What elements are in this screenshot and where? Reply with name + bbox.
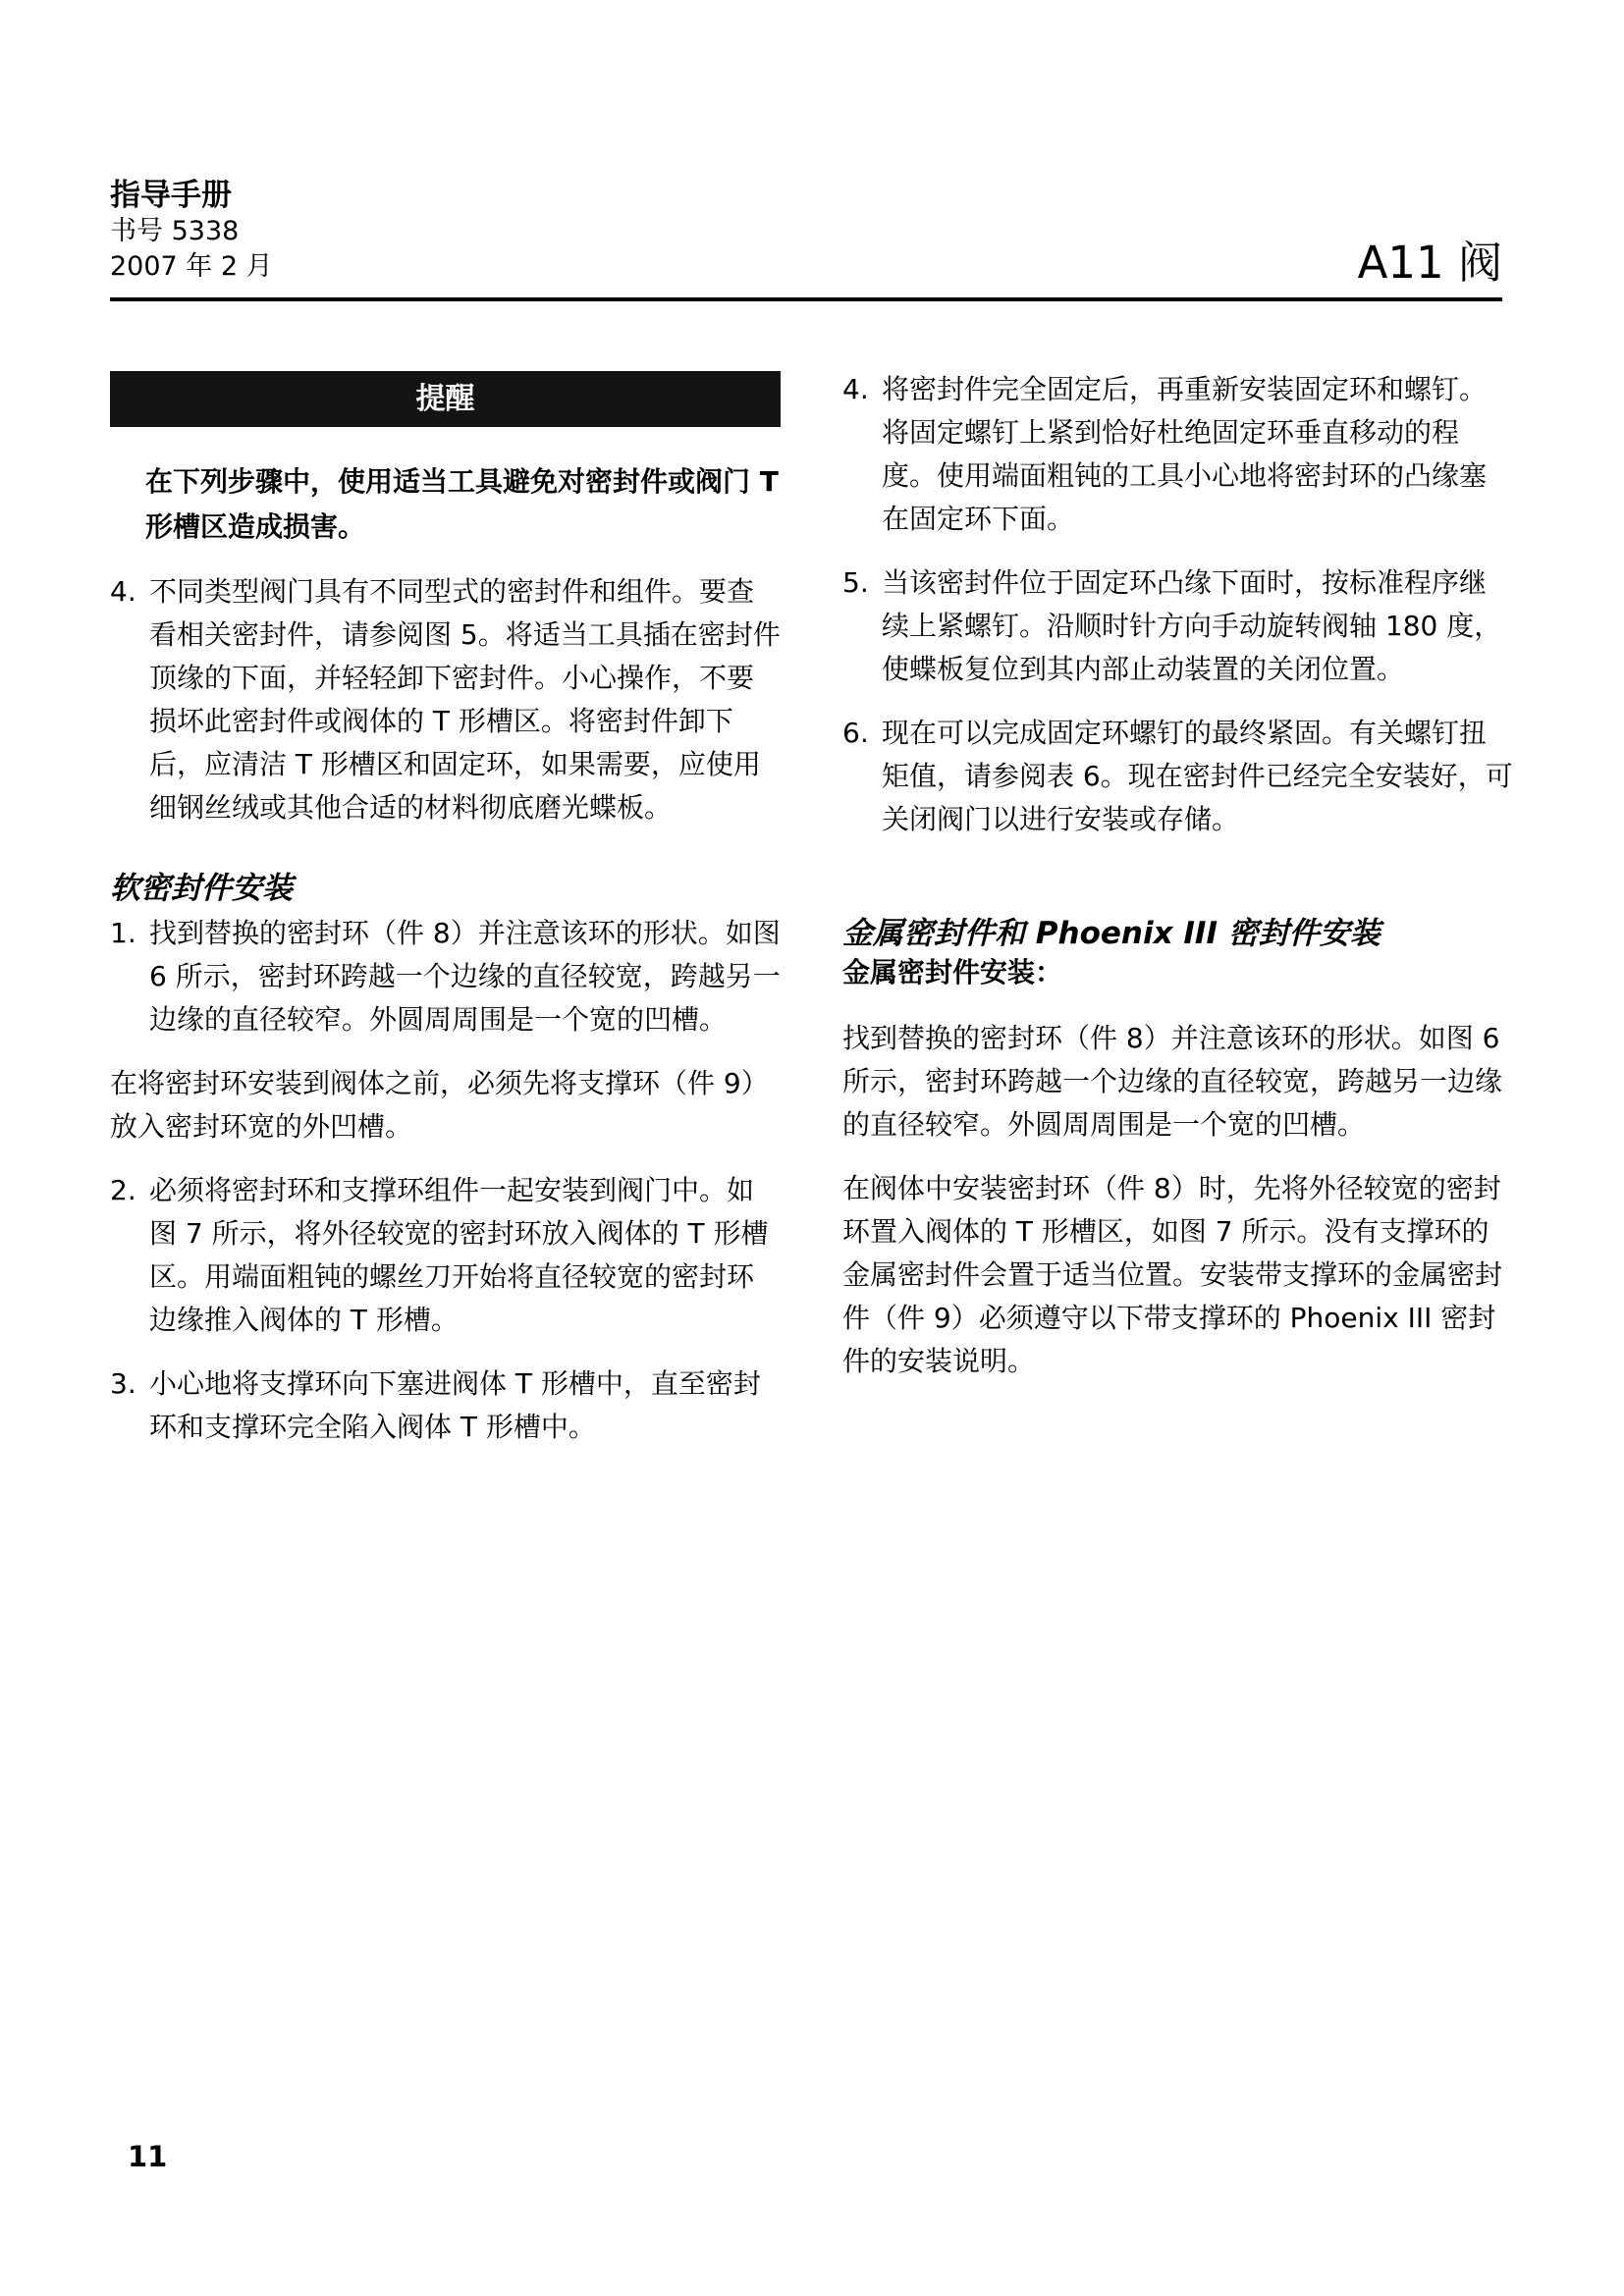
right-step-5: 5. 当该密封件位于固定环凸缘下面时，按标准程序继续上紧螺钉。沿顺时针方向手动旋… — [842, 561, 1513, 691]
header: 指导手册 书号 5338 2007 年 2 月 — [110, 177, 273, 285]
step-marker: 5. — [842, 561, 882, 691]
backup-ring-paragraph: 在将密封环安装到阀体之前，必须先将支撑环（件 9）放入密封环宽的外凹槽。 — [110, 1062, 781, 1148]
manual-page: { "header": { "manual_type": "指导手册", "fo… — [0, 0, 1624, 2296]
step-text: 将密封件完全固定后，再重新安装固定环和螺钉。将固定螺钉上紧到恰好杜绝固定环垂直移… — [882, 368, 1513, 541]
step-marker: 4. — [110, 570, 149, 829]
left-step-4: 4. 不同类型阀门具有不同型式的密封件和组件。要查看相关密封件，请参阅图 5。将… — [110, 570, 781, 829]
step-text: 必须将密封环和支撑环组件一起安装到阀门中。如图 7 所示，将外径较宽的密封环放入… — [149, 1169, 781, 1342]
manual-type-title: 指导手册 — [110, 177, 273, 214]
step-text: 现在可以完成固定环螺钉的最终紧固。有关螺钉扭矩值，请参阅表 6。现在密封件已经完… — [882, 712, 1513, 841]
right-step-6: 6. 现在可以完成固定环螺钉的最终紧固。有关螺钉扭矩值，请参阅表 6。现在密封件… — [842, 712, 1513, 841]
step-marker: 1. — [110, 912, 149, 1041]
metal-seal-subheading: 金属密封件安装： — [842, 953, 1513, 992]
notice-text: 在下列步骤中，使用适当工具避免对密封件或阀门 T 形槽区造成损害。 — [110, 459, 781, 550]
step-marker: 6. — [842, 712, 882, 841]
header-rule — [110, 297, 1502, 301]
metal-seal-paragraph-1: 找到替换的密封环（件 8）并注意该环的形状。如图 6 所示，密封环跨越一个边缘的… — [842, 1017, 1513, 1147]
metal-seal-section-heading: 金属密封件和 Phoenix III 密封件安装 — [842, 914, 1513, 953]
page-number: 11 — [128, 2140, 167, 2173]
step-text: 不同类型阀门具有不同型式的密封件和组件。要查看相关密封件，请参阅图 5。将适当工… — [149, 570, 781, 829]
left-step-3: 3. 小心地将支撑环向下塞进阀体 T 形槽中，直至密封环和支撑环完全陷入阀体 T… — [110, 1362, 781, 1449]
issue-date: 2007 年 2 月 — [110, 249, 273, 285]
step-text: 当该密封件位于固定环凸缘下面时，按标准程序继续上紧螺钉。沿顺时针方向手动旋转阀轴… — [882, 561, 1513, 691]
left-column: 提醒 在下列步骤中，使用适当工具避免对密封件或阀门 T 形槽区造成损害。 4. … — [110, 368, 781, 1449]
notice-banner: 提醒 — [110, 371, 781, 427]
soft-seal-section-heading: 软密封件安装 — [110, 869, 781, 908]
form-number: 书号 5338 — [110, 214, 273, 249]
step-text: 找到替换的密封环（件 8）并注意该环的形状。如图 6 所示，密封环跨越一个边缘的… — [149, 912, 781, 1041]
left-step-1: 1. 找到替换的密封环（件 8）并注意该环的形状。如图 6 所示，密封环跨越一个… — [110, 912, 781, 1041]
step-marker: 3. — [110, 1362, 149, 1449]
product-title: A11 阀 — [1358, 239, 1502, 288]
right-step-4: 4. 将密封件完全固定后，再重新安装固定环和螺钉。将固定螺钉上紧到恰好杜绝固定环… — [842, 368, 1513, 541]
right-column: 4. 将密封件完全固定后，再重新安装固定环和螺钉。将固定螺钉上紧到恰好杜绝固定环… — [842, 368, 1513, 1449]
step-marker: 2. — [110, 1169, 149, 1342]
metal-seal-paragraph-2: 在阀体中安装密封环（件 8）时，先将外径较宽的密封环置入阀体的 T 形槽区，如图… — [842, 1167, 1513, 1383]
step-text: 小心地将支撑环向下塞进阀体 T 形槽中，直至密封环和支撑环完全陷入阀体 T 形槽… — [149, 1362, 781, 1449]
left-step-2: 2. 必须将密封环和支撑环组件一起安装到阀门中。如图 7 所示，将外径较宽的密封… — [110, 1169, 781, 1342]
page-body: 提醒 在下列步骤中，使用适当工具避免对密封件或阀门 T 形槽区造成损害。 4. … — [110, 368, 1512, 1449]
step-marker: 4. — [842, 368, 882, 541]
